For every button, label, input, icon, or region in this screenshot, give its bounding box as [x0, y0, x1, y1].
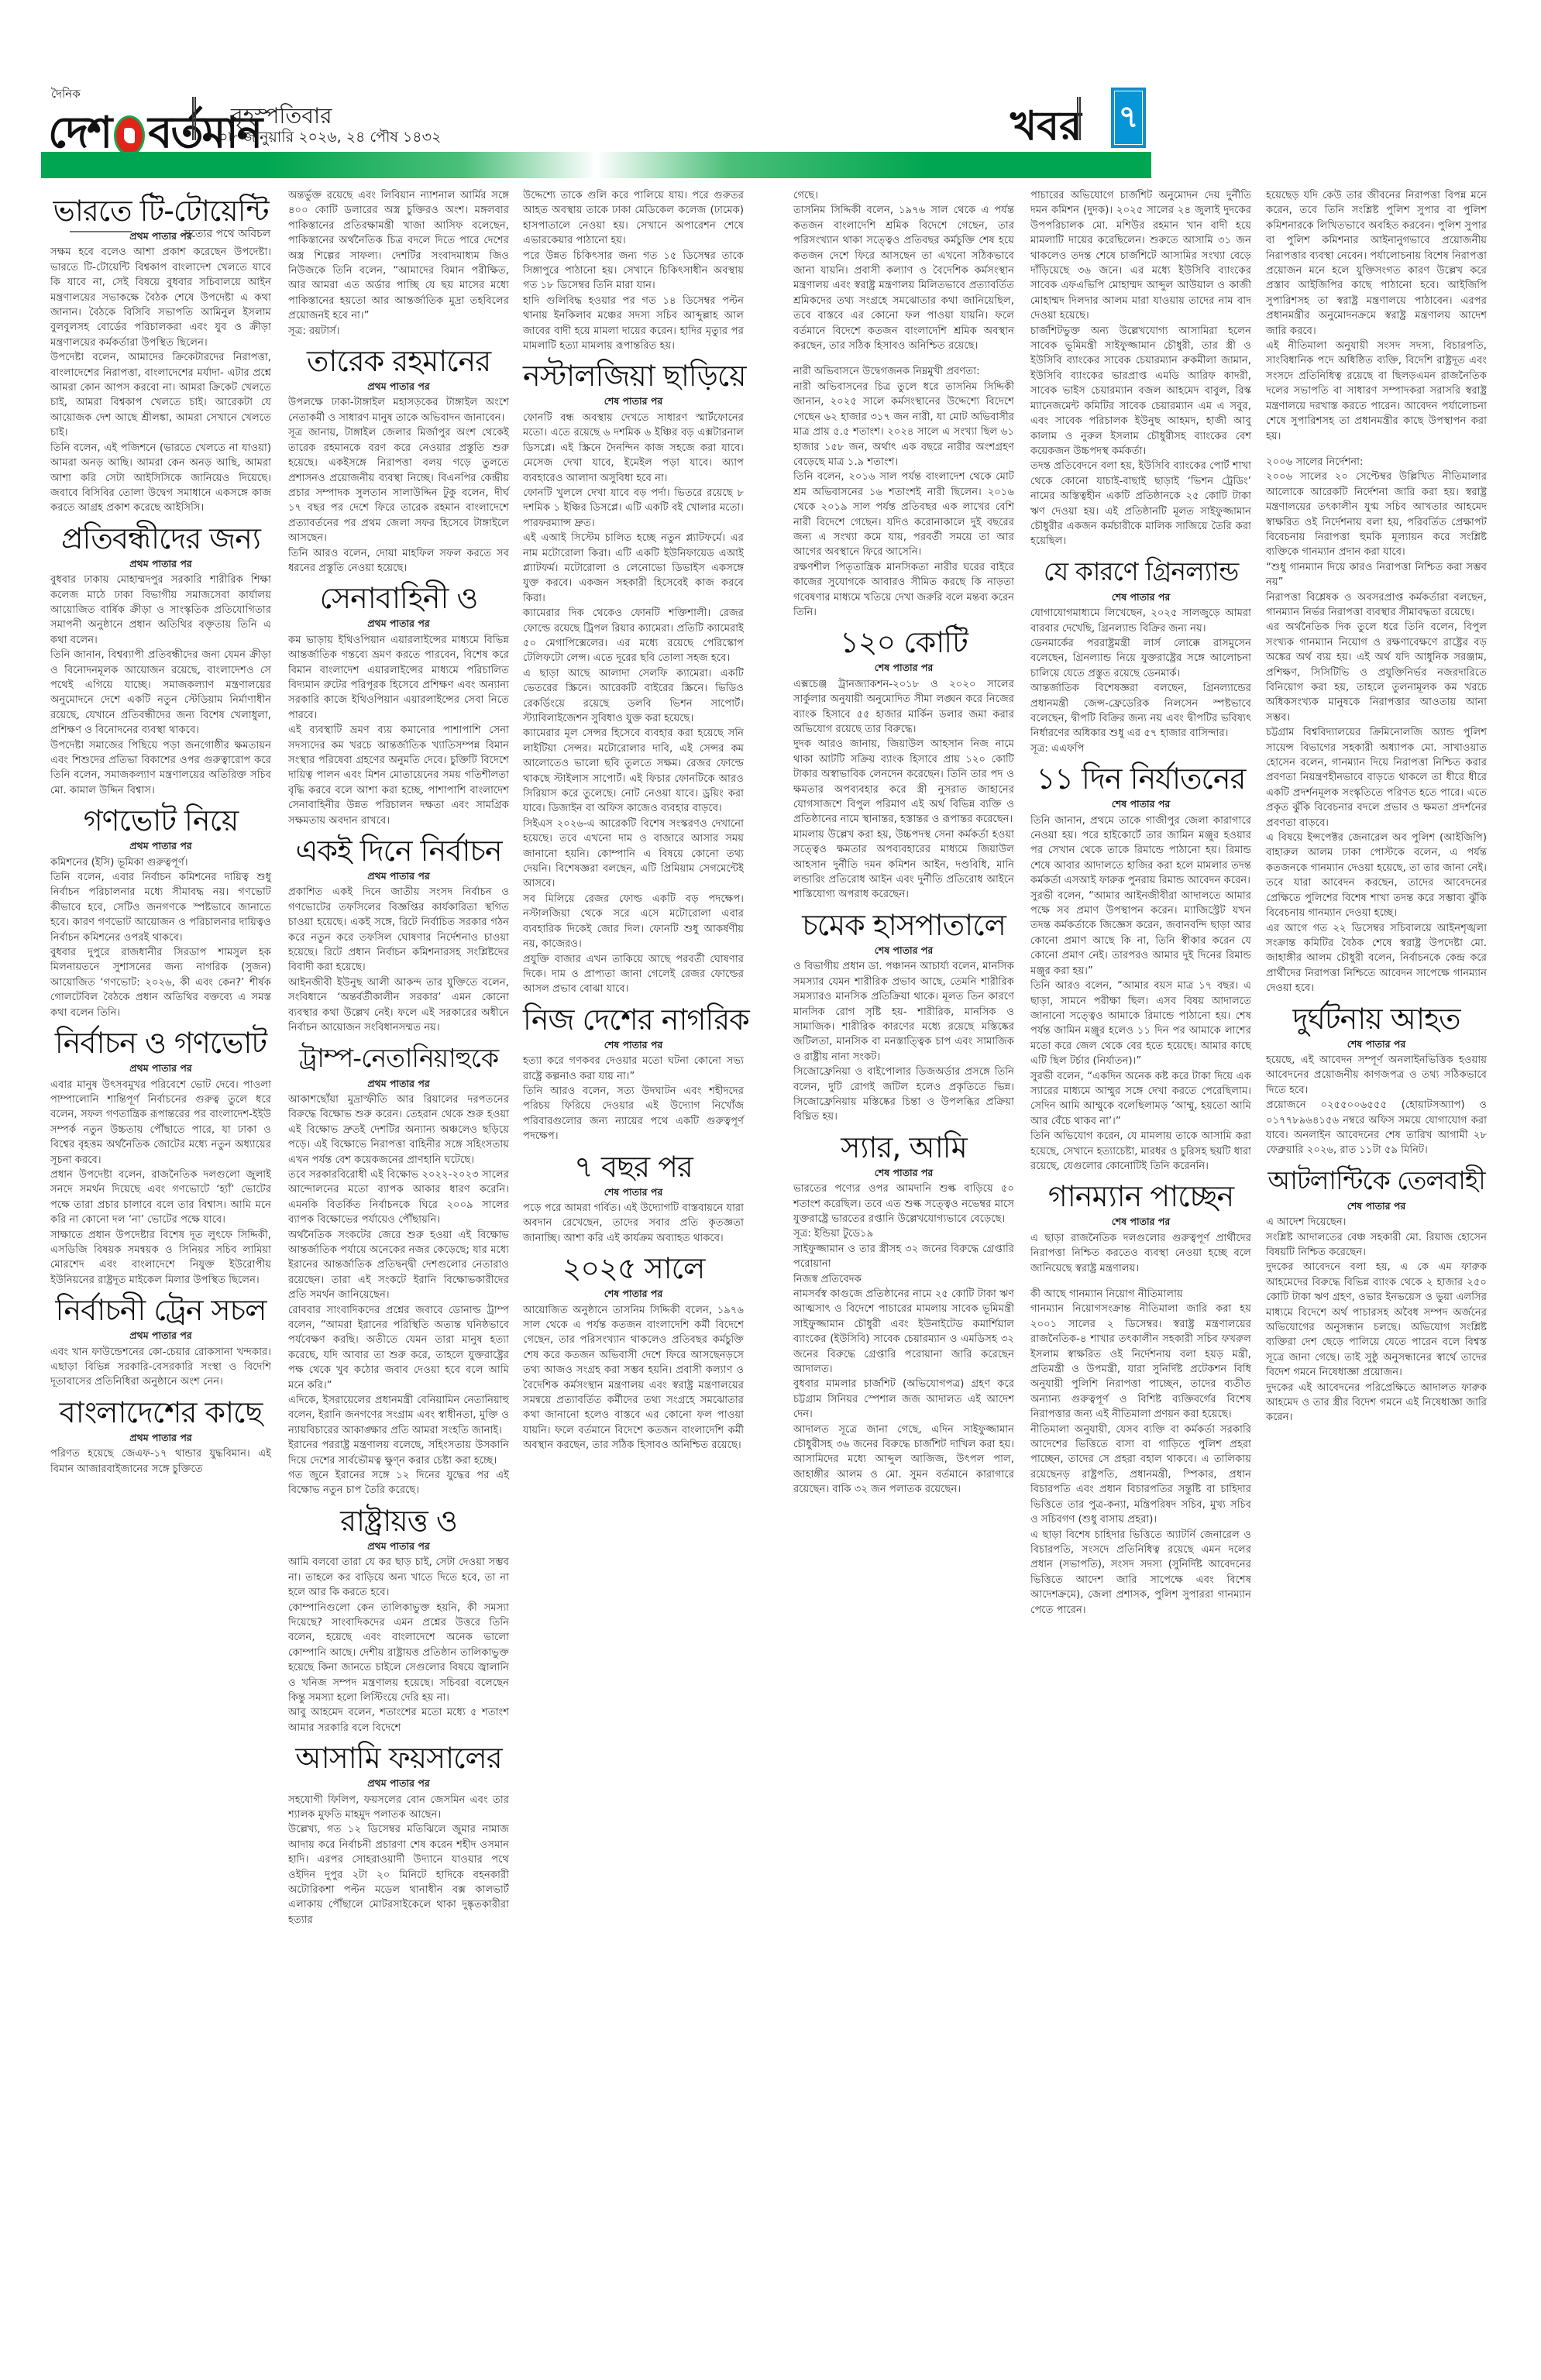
byline: নিজস্ব প্রতিবেদক — [793, 1272, 1014, 1287]
headline: নির্বাচনী ট্রেন সচল — [50, 1292, 271, 1328]
paragraph: আয়োজিত অনুষ্ঠানে তাসনিম সিদ্দিকী বলেন, … — [523, 1303, 744, 1453]
headline: ভারতে টি-টোয়েন্টি — [50, 193, 271, 229]
article-election-referendum: নির্বাচন ও গণভোট প্রথম পাতার পর এবার মান… — [50, 1025, 271, 1288]
column-5: পাচারের অভিযোগে চার্জশিট অনুমোদন দেয় দু… — [1030, 188, 1251, 1618]
quote-subheading: “শুধু গানম্যান দিয়ে কারও নিরাপত্তা নিশ্… — [1266, 560, 1487, 590]
paragraph: ও বিভাগীয় প্রধান ডা. পঞ্চানন আচার্য্য ব… — [793, 959, 1014, 1064]
paragraph: সুরভী বলেন, “আমার আইনজীবীরা আদালতে আমার … — [1030, 889, 1251, 978]
article-trump: ট্রাম্প-নেতানিয়াহুকে প্রথম পাতার পর আকা… — [288, 1040, 509, 1498]
paragraph: গেছে। — [793, 188, 1014, 203]
article-state-owned: রাষ্ট্রায়ত্ত ও প্রথম পাতার পর আমি বলবো … — [288, 1503, 509, 1735]
paragraph: অন্তর্ভুক্ত রয়েছে এবং লিবিয়ান ন্যাশনাল… — [288, 188, 509, 324]
paragraph: ক্যামেরার দিক থেকেও ফোনটি শক্তিশালী। রেজ… — [523, 606, 744, 666]
headline: আটলান্টিকে তেলবাহী — [1266, 1163, 1487, 1199]
article-greenland: যে কারণে গ্রিনল্যান্ড শেষ পাতার পর যোগায… — [1030, 554, 1251, 756]
article-120-crore: ১২০ কোটি শেষ পাতার পর এক্সচেঞ্জ ট্রানজ্য… — [793, 624, 1014, 903]
paragraph: আদালত সূত্রে জানা গেছে, এদিন সাইফুজ্জামা… — [793, 1422, 1014, 1498]
paragraph: তদন্ত প্রতিবেদনে বলা হয়, ইউসিবি ব্যাংকে… — [1030, 459, 1251, 549]
headline: ২০২৫ সালে — [523, 1250, 744, 1286]
paragraph: গানম্যান নিয়োগসংক্রান্ত নীতিমালা জারি ক… — [1030, 1302, 1251, 1422]
paragraph: এ ছাড়া রাজনৈতিক দলগুলোর গুরুত্বপূর্ণ প্… — [1030, 1231, 1251, 1276]
headline: প্রতিবন্ধীদের জন্য — [50, 521, 271, 556]
continuation-label: প্রথম পাতার পর — [50, 838, 271, 853]
continuation-label: শেষ পাতার পর — [793, 660, 1014, 675]
headline: চমেক হাসপাতালে — [793, 907, 1014, 943]
paragraph: তবে সরকারবিরোধী এই বিক্ষোভ ২০২২-২০২৩ সাল… — [288, 1168, 509, 1228]
paragraph: এ বিষয়ে ইন্সপেক্টর জেনারেল অব পুলিশ (আই… — [1266, 831, 1487, 920]
continuation-label: প্রথম পাতার পর — [288, 868, 509, 883]
paragraph: তিনি জানান, প্রথমে তাকে গাজীপুর জেলা কার… — [1030, 813, 1251, 889]
continuation-label: শেষ পাতার পর — [793, 1165, 1014, 1180]
headline: স্যার, আমি — [793, 1130, 1014, 1165]
article-hadi-continuation: উদ্দেশ্যে তাকে গুলি করে পালিয়ে যায়। পর… — [523, 188, 744, 353]
article-migration-continuation: গেছে। তাসনিম সিদ্দিকী বলেন, ১৯৭৬ সাল থেক… — [793, 188, 1014, 620]
article-citizens: নিজ দেশের নাগরিক শেষ পাতার পর হত্যা করে … — [523, 1002, 744, 1144]
continuation-label: প্রথম পাতার পর — [50, 1061, 271, 1075]
headline: ১২০ কোটি — [793, 624, 1014, 660]
headline: নির্বাচন ও গণভোট — [50, 1025, 271, 1061]
continuation-label: প্রথম পাতার পর — [288, 1076, 509, 1091]
headline: দুর্ঘটনায় আহত — [1266, 1001, 1487, 1037]
article-ucb-continuation: পাচারের অভিযোগে চার্জশিট অনুমোদন দেয় দু… — [1030, 188, 1251, 549]
paragraph: নারী অভিবাসনের চিত্র তুলে ধরে তাসনিম সিদ… — [793, 380, 1014, 469]
paragraph: নীতিমালা অনুযায়ী, যেসব ব্যক্তি বা কর্মক… — [1030, 1422, 1251, 1528]
source-line: সূত্র: রয়টার্স। — [288, 324, 509, 339]
paragraph: প্রধান উপদেষ্টা বলেন, রাজনৈতিক দলগুলো জু… — [50, 1168, 271, 1228]
source-line: সূত্র: এএফপি — [1030, 741, 1251, 756]
article-disabled: প্রতিবন্ধীদের জন্য প্রথম পাতার পর বুধবার… — [50, 521, 271, 799]
paragraph: রোববার সাংবাদিকদের প্রশ্নের জবাবে ডোনাল্… — [288, 1303, 509, 1393]
paragraph: অর্থনৈতিক সংকটের জেরে শুরু হওয়া এই বিক্… — [288, 1228, 509, 1303]
bangladesh-map-emblem-icon — [114, 115, 145, 156]
paragraph: ভারতের পণ্যের ওপর আমদানি শুল্ক বাড়িয়ে … — [793, 1181, 1014, 1226]
paragraph: তিনি বলেন, এবার নির্বাচন কমিশনের দায়িত্… — [50, 870, 271, 945]
article-gunman-continuation: হয়েছেড় যদি কেউ তার জীবনের নিরাপত্তা বি… — [1266, 188, 1487, 996]
paragraph: প্রয়োজনে ০২৫৫০০৬৫৫৫ (হোয়াটসঅ্যাপ) ও ০১… — [1266, 1098, 1487, 1158]
article-libya-continuation: অন্তর্ভুক্ত রয়েছে এবং লিবিয়ান ন্যাশনাল… — [288, 188, 509, 339]
headline: গণভোট নিয়ে — [50, 803, 271, 838]
paragraph: এই ব্যবস্থাটি ভ্রমণ ব্যয় কমানোর পাশাপাশ… — [288, 723, 509, 828]
article-sir-ami: স্যার, আমি শেষ পাতার পর ভারতের পণ্যের ওপ… — [793, 1130, 1014, 1242]
paragraph: সহযোগী ফিলিপ, ফয়সলের বোন জেসমিন এবং তার… — [288, 1793, 509, 1823]
paragraph: সুরভী বলেন, “একদিন অনেক কষ্ট করে টাকা দি… — [1030, 1069, 1251, 1130]
article-bangladesh-near: বাংলাদেশের কাছে প্রথম পাতার পর পরিণত হয়… — [50, 1395, 271, 1477]
source-line: সূত্র: ইন্ডিয়া টুডে১৯ — [793, 1226, 1014, 1241]
paragraph: এদিকে, ইসরায়েলের প্রধানমন্ত্রী বেনিয়াম… — [288, 1393, 509, 1438]
headline: গানম্যান পাচ্ছেন — [1030, 1178, 1251, 1214]
paragraph: হাদি গুলিবিদ্ধ হওয়ার পর গত ১৪ ডিসেম্বর … — [523, 294, 744, 354]
paragraph: এক্সচেঞ্জ ট্রানজ্যাকশন-২০১৮ ও ২০২০ সালের… — [793, 677, 1014, 738]
continuation-label: শেষ পাতার পর — [1030, 1214, 1251, 1229]
continuation-label: প্রথম পাতার পর — [50, 229, 271, 243]
paragraph: এর আগে গত ২২ ডিসেম্বর সচিবালয়ে আইনশৃঙ্খ… — [1266, 921, 1487, 996]
paragraph: সংশ্লিষ্ট আদালতের বেঞ্চ সহকারী মো. রিয়া… — [1266, 1230, 1487, 1261]
continuation-label: শেষ পাতার পর — [793, 943, 1014, 958]
masthead-divider — [1077, 97, 1081, 140]
paragraph: আন্তর্জাতিক বিশেষজ্ঞরা বলছেন, গ্রিনল্যান… — [1030, 681, 1251, 741]
subheading: কী আছে গানম্যান নিয়োগ নীতিমালায় — [1030, 1287, 1251, 1302]
paragraph: বুধবার ঢাকায় মোহাম্মদপুর সরকারি শারীরিক… — [50, 573, 271, 648]
article-asami: আসামি ফয়সালের প্রথম পাতার পর সহযোগী ফিল… — [288, 1740, 509, 1928]
article-army: সেনাবাহিনী ও প্রথম পাতার পর কম ভাড়ায় ই… — [288, 580, 509, 828]
paragraph: বুধবার মামলার চার্জশিট (অভিযোগপত্র) গ্রহ… — [793, 1377, 1014, 1422]
headline: আসামি ফয়সালের — [288, 1740, 509, 1776]
paragraph: তিনি জানান, বিশ্বব্যাপী প্রতিবন্ধীদের জন… — [50, 648, 271, 738]
newspaper-page: দৈনিক দেশ বর্তমান সত্যের পথে অবিচল বৃহস্… — [0, 0, 1541, 2380]
masthead-green-bar — [41, 152, 1151, 178]
paragraph: সক্ষম হবে বলেও আশা প্রকাশ করেছেন উপদেষ্ট… — [50, 245, 271, 350]
continuation-label: প্রথম পাতার পর — [288, 379, 509, 394]
paragraph: ২০০৬ সালের ২০ সেপ্টেম্বর উল্লিখিত নীতিমা… — [1266, 469, 1487, 559]
spacer — [1030, 1276, 1251, 1287]
article-atlantic-tanker: আটলান্টিকে তেলবাহী শেষ পাতার পর এ আদেশ দ… — [1266, 1163, 1487, 1426]
paragraph: হয়েছে, এই আবেদন সম্পূর্ণ অনলাইনভিত্তিক … — [1266, 1053, 1487, 1098]
article-election-train: নির্বাচনী ট্রেন সচল প্রথম পাতার পর এবং খ… — [50, 1292, 271, 1390]
continuation-label: প্রথম পাতার পর — [288, 1539, 509, 1553]
paragraph: সিইএস ২০২৬-এ আরেকটি বিশেষ সংস্করণও দেখান… — [523, 817, 744, 892]
paragraph: নিরাপত্তা বিশ্লেষক ও অবসরপ্রাপ্ত কর্মকর্… — [1266, 590, 1487, 621]
paragraph: গত জুনে ইরানের সঙ্গে ১২ দিনের যুদ্ধের পর… — [288, 1468, 509, 1498]
subheading: ২০০৬ সালের নির্দেশনা: — [1266, 455, 1487, 469]
paragraph: সূত্র জানায়, টাঙ্গাইল জেলার মির্জাপুর অ… — [288, 425, 509, 545]
paragraph: মামলায় উল্লেখ করা হয়, উচ্চপদস্থ সেনা ক… — [793, 827, 1014, 903]
paragraph: এই নীতিমালা অনুযায়ী সংসদ সদস্য, বিচারপত… — [1266, 339, 1487, 444]
continuation-label: শেষ পাতার পর — [523, 1185, 744, 1199]
paragraph: দুদকের আবেদনে বলা হয়, এ কে এম ফারুক আহম… — [1266, 1260, 1487, 1380]
paragraph: এ আদেশ দিয়েছেন। — [1266, 1215, 1487, 1230]
paragraph: ফোনটি খুললে দেখা যাবে বড় পর্দা। ভিতরে র… — [523, 486, 744, 531]
paragraph: উপলক্ষে ঢাকা-টাঙ্গাইল মহাসড়কের টাঙ্গাইল… — [288, 395, 509, 425]
headline: সেনাবাহিনী ও — [288, 580, 509, 616]
paragraph: এই এআই সিস্টেম চালিত হচ্ছে নতুন প্ল্যাটফ… — [523, 531, 744, 606]
paragraph: কোম্পানিগুলো কেন তালিকাভুক্ত হয়নি, কী স… — [288, 1601, 509, 1706]
paragraph: তিনি অভিযোগ করেন, যে মামলায় তাকে আসামি … — [1030, 1129, 1251, 1174]
paragraph: উপদেষ্টা বলেন, আমাদের ক্রিকেটারদের নিরাপ… — [50, 350, 271, 440]
paragraph: বুধবার দুপুরে রাজধানীর সিরডাপ শামসুল হক … — [50, 945, 271, 1020]
paragraph: তিনি আরও বলেন, “আমার বয়স মাত্র ১৭ বছর। … — [1030, 978, 1251, 1068]
article-dmch-hospital: চমেক হাসপাতালে শেষ পাতার পর ও বিভাগীয় প… — [793, 907, 1014, 1125]
continuation-label: শেষ পাতার পর — [523, 394, 744, 408]
paragraph: এবং খান ফাউন্ডেশনের কো-চেয়ার রোকসানা খন… — [50, 1345, 271, 1390]
paragraph: সাক্ষাতে প্রধান উপদেষ্টার বিশেষ দূত লুৎফ… — [50, 1228, 271, 1288]
paragraph: সিজোফ্রেনিয়া ও বাইপোলার ডিজঅর্ডার প্রসঙ… — [793, 1064, 1014, 1125]
issue-date: ০৮ জানুয়ারি ২০২৬, ২৪ পৌষ ১৪৩২ — [218, 126, 441, 151]
paragraph: কমিশনের (ইসি) ভূমিকা গুরুত্বপূর্ণ। — [50, 855, 271, 870]
article-t20: ভারতে টি-টোয়েন্টি প্রথম পাতার পর সক্ষম … — [50, 193, 271, 516]
article-same-day: একই দিনে নির্বাচন প্রথম পাতার পর প্রকাশি… — [288, 833, 509, 1035]
paragraph: প্রকাশিত একই দিনে জাতীয় সংসদ নির্বাচন ও… — [288, 885, 509, 975]
article-tarek: তারেক রহমানের প্রথম পাতার পর উপলক্ষে ঢাক… — [288, 343, 509, 576]
continuation-label: শেষ পাতার পর — [1266, 1037, 1487, 1051]
paragraph: চার্জশিটভুক্ত অন্য উল্লেখযোগ্য আসামিরা হ… — [1030, 324, 1251, 459]
paragraph: ইরানের পররাষ্ট্র মন্ত্রণালয় বলেছে, সহিং… — [288, 1438, 509, 1468]
continuation-label: শেষ পাতার পর — [1030, 796, 1251, 811]
paragraph: ফোনটি বন্ধ অবস্থায় দেখতে সাধারণ স্মার্ট… — [523, 411, 744, 486]
headline: ট্রাম্প-নেতানিয়াহুকে — [288, 1040, 509, 1076]
paragraph: দুদক আরও জানায়, জিয়াউল আহসান নিজ নামে … — [793, 737, 1014, 827]
paragraph: উপদেষ্টা সমাজের পিছিয়ে পড়া জনগোষ্ঠীর ক… — [50, 738, 271, 799]
paragraph: হত্যা করে গণকবর দেওয়ার মতো ঘটনা কোনো সভ… — [523, 1054, 744, 1084]
continuation-label: শেষ পাতার পর — [1030, 590, 1251, 604]
column-2: অন্তর্ভুক্ত রয়েছে এবং লিবিয়ান ন্যাশনাল… — [288, 188, 509, 1928]
continuation-label: শেষ পাতার পর — [523, 1286, 744, 1301]
article-saifuzzaman: সাইফুজ্জামান ও তার স্ত্রীসহ ৩২ জনের বিরু… — [793, 1242, 1014, 1498]
paragraph: পরে উন্নত চিকিৎসার জন্য গত ১৫ ডিসেম্বর ত… — [523, 249, 744, 294]
paragraph: এবার মানুষ উৎসবমুখর পরিবেশে ভোট দেবে। পা… — [50, 1078, 271, 1168]
continuation-label: শেষ পাতার পর — [1266, 1199, 1487, 1213]
subheading: সাইফুজ্জামান ও তার স্ত্রীসহ ৩২ জনের বিরু… — [793, 1242, 1014, 1272]
paragraph: তাসনিম সিদ্দিকী বলেন, ১৯৭৬ সাল থেকে এ পর… — [793, 203, 1014, 353]
paragraph: চট্টগ্রাম বিশ্ববিদ্যালয়ের ক্রিমিনোলজি অ… — [1266, 725, 1487, 831]
article-accident-injured: দুর্ঘটনায় আহত শেষ পাতার পর হয়েছে, এই আ… — [1266, 1001, 1487, 1158]
continuation-label: প্রথম পাতার পর — [50, 1430, 271, 1445]
page-number-badge: ৭ — [1111, 88, 1146, 148]
article-nostalgia: নস্টালজিয়া ছাড়িয়ে শেষ পাতার পর ফোনটি … — [523, 358, 744, 996]
paragraph: যোগাযোগমাধ্যমে লিখেছেন, ২০২৫ সালজুড়ে আম… — [1030, 606, 1251, 636]
continuation-label: শেষ পাতার পর — [523, 1037, 744, 1052]
paragraph: নামসর্বস্ব কাগুজে প্রতিষ্ঠানের নামে ২৫ ক… — [793, 1287, 1014, 1377]
paragraph: উদ্দেশ্যে তাকে গুলি করে পালিয়ে যায়। পর… — [523, 188, 744, 249]
article-seven-years: ৭ বছর পর শেষ পাতার পর পড়ে পরে আমরা গর্ব… — [523, 1149, 744, 1247]
paragraph: রক্ষণশীল পিতৃতান্ত্রিক মানসিকতা নারীর ঘর… — [793, 560, 1014, 621]
paragraph: ডেনমার্কের পররাষ্ট্রমন্ত্রী লার্স লোক্কে… — [1030, 636, 1251, 681]
paragraph: আমি বলবো তারা যে কর ছাড় চাই, সেটা দেওয়… — [288, 1555, 509, 1600]
headline: একই দিনে নির্বাচন — [288, 833, 509, 868]
article-referendum: গণভোট নিয়ে প্রথম পাতার পর কমিশনের (ইসি)… — [50, 803, 271, 1020]
paragraph: সব মিলিয়ে রেজর ফোল্ড একটি বড় পদক্ষেপ। … — [523, 892, 744, 952]
headline: তারেক রহমানের — [288, 343, 509, 379]
paragraph: এ ছাড়া আছে আলাদা সেলফি ক্যামেরা। একটি ভ… — [523, 666, 744, 727]
headline: নিজ দেশের নাগরিক — [523, 1002, 744, 1037]
headline: রাষ্ট্রায়ত্ত ও — [288, 1503, 509, 1539]
headline: বাংলাদেশের কাছে — [50, 1395, 271, 1430]
column-6: হয়েছেড় যদি কেউ তার জীবনের নিরাপত্তা বি… — [1266, 188, 1487, 1426]
headline: নস্টালজিয়া ছাড়িয়ে — [523, 358, 744, 394]
paragraph: প্রযুক্তি বাজার এখন তাকিয়ে আছে পরবর্তী … — [523, 952, 744, 997]
paragraph: হয়েছেড় যদি কেউ তার জীবনের নিরাপত্তা বি… — [1266, 188, 1487, 339]
headline: যে কারণে গ্রিনল্যান্ড — [1030, 554, 1251, 590]
article-2025: ২০২৫ সালে শেষ পাতার পর আয়োজিত অনুষ্ঠানে… — [523, 1250, 744, 1453]
spacer — [793, 353, 1014, 364]
subheading: নারী অভিবাসনে উদ্বেগজনক নিম্নমুখী প্রবণত… — [793, 364, 1014, 379]
paragraph: এ ছাড়া বিশেষ চাহিদার ভিত্তিতে অ্যাটর্নি… — [1030, 1528, 1251, 1618]
paragraph: উল্লেখ্য, গত ১২ ডিসেম্বর মতিঝিলে জুমার ন… — [288, 1822, 509, 1928]
paragraph: কম ভাড়ায় ইথিওপিয়ান এয়ারলাইন্সের মাধ্… — [288, 633, 509, 723]
paragraph: আইনজীবী ইউনুছ আলী আকন্দ তার যুক্তিতে বলে… — [288, 975, 509, 1036]
article-gunman: গানম্যান পাচ্ছেন শেষ পাতার পর এ ছাড়া রা… — [1030, 1178, 1251, 1618]
paragraph: এর অর্থনৈতিক দিক তুলে ধরে তিনি বলেন, বিপ… — [1266, 620, 1487, 725]
article-11-days-torture: ১১ দিন নির্যাতনের শেষ পাতার পর তিনি জানা… — [1030, 761, 1251, 1174]
paragraph: দুদকের এই আবেদনের পরিপ্রেক্ষিতে আদালত ফা… — [1266, 1381, 1487, 1426]
spacer — [1266, 444, 1487, 455]
masthead: দৈনিক দেশ বর্তমান সত্যের পথে অবিচল বৃহস্… — [0, 0, 1541, 178]
continuation-label: প্রথম পাতার পর — [50, 556, 271, 571]
continuation-label: প্রথম পাতার পর — [50, 1328, 271, 1343]
column-4: গেছে। তাসনিম সিদ্দিকী বলেন, ১৯৭৬ সাল থেক… — [793, 188, 1014, 1498]
headline: ১১ দিন নির্যাতনের — [1030, 761, 1251, 796]
continuation-label: প্রথম পাতার পর — [288, 1776, 509, 1790]
continuation-label: প্রথম পাতার পর — [288, 616, 509, 631]
paragraph: ক্যামেরার মূল সেন্সর হিসেবে ব্যবহার করা … — [523, 726, 744, 816]
headline: ৭ বছর পর — [523, 1149, 744, 1185]
paragraph: আবু আহমেদ বলেন, শতাংশের মতো মধ্যে ৫ শতাং… — [288, 1705, 509, 1735]
masthead-divider — [192, 97, 196, 140]
paragraph: পরিণত হয়েছে জেএফ-১৭ থান্ডার যুদ্ধবিমান।… — [50, 1446, 271, 1477]
paragraph: তিনি আরও বলেন, সত্য উদঘাটন এবং শহীদদের প… — [523, 1084, 744, 1144]
column-1: ভারতে টি-টোয়েন্টি প্রথম পাতার পর সক্ষম … — [50, 188, 271, 1477]
paragraph: তিনি আরও বলেন, দোয়া মাহফিল সফল করতে সব … — [288, 546, 509, 576]
column-3: উদ্দেশ্যে তাকে গুলি করে পালিয়ে যায়। পর… — [523, 188, 744, 1453]
paragraph: পড়ে পরে আমরা গর্বিত। এই উদ্যোগটি বাস্তব… — [523, 1201, 744, 1246]
paragraph: আকাশছোঁয়া মুদ্রাস্ফীতি আর রিয়ালের দরপত… — [288, 1092, 509, 1168]
paragraph: পাচারের অভিযোগে চার্জশিট অনুমোদন দেয় দু… — [1030, 188, 1251, 324]
paragraph: তিনি বলেন, ২০১৬ সাল পর্যন্ত বাংলাদেশ থেক… — [793, 469, 1014, 559]
paragraph: তিনি বলেন, এই পজিশনে (ভারতে খেলতে না যাও… — [50, 441, 271, 516]
